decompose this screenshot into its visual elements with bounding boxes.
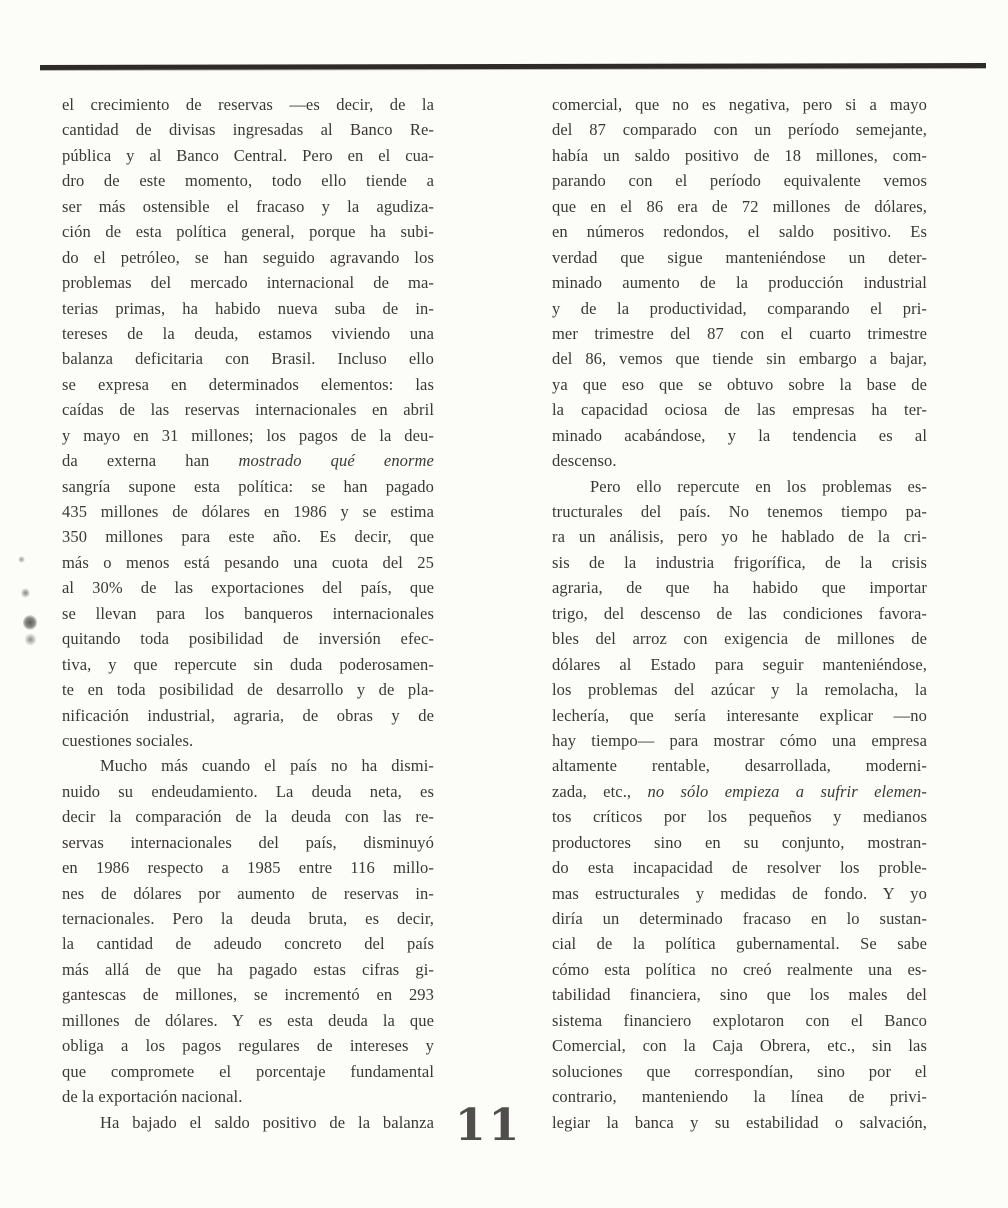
text-line: bles del arroz con exigencia de millones… bbox=[552, 626, 927, 651]
text-line: lechería, que sería interesante explicar… bbox=[552, 703, 927, 728]
text-line: minado aumento de la producción industri… bbox=[552, 270, 927, 295]
text-line: la capacidad ociosa de las empresas ha t… bbox=[552, 397, 927, 422]
text-line: mer trimestre del 87 con el cuarto trime… bbox=[552, 321, 927, 346]
top-horizontal-rule bbox=[40, 63, 986, 70]
text-line: que compromete el porcentaje fundamental bbox=[62, 1059, 434, 1084]
text-line: Ha bajado el saldo positivo de la balanz… bbox=[62, 1110, 434, 1135]
text-column-right: comercial, que no es negativa, pero si a… bbox=[552, 92, 927, 1135]
text-line: descenso. bbox=[552, 448, 927, 473]
text-line: decir la comparación de la deuda con las… bbox=[62, 804, 434, 829]
text-line: sis de la industria frigorífica, de la c… bbox=[552, 550, 927, 575]
text-line: y mayo en 31 millones; los pagos de la d… bbox=[62, 423, 434, 448]
text-line: da externa han mostrado qué enorme bbox=[62, 448, 434, 473]
text-line: verdad que sigue manteniéndose un deter- bbox=[552, 245, 927, 270]
text-line: comercial, que no es negativa, pero si a… bbox=[552, 92, 927, 117]
text-line: quitando toda posibilidad de inversión e… bbox=[62, 626, 434, 651]
text-line: parando con el período equivalente vemos bbox=[552, 168, 927, 193]
text-line: contrario, manteniendo la línea de privi… bbox=[552, 1084, 927, 1109]
text-line: la cantidad de adeudo concreto del país bbox=[62, 931, 434, 956]
text-line: caídas de las reservas internacionales e… bbox=[62, 397, 434, 422]
text-line: zada, etc., no sólo empieza a sufrir ele… bbox=[552, 779, 927, 804]
text-line: cantidad de divisas ingresadas al Banco … bbox=[62, 117, 434, 142]
text-line: de la exportación nacional. bbox=[62, 1084, 434, 1109]
text-line: cuestiones sociales. bbox=[62, 728, 434, 753]
text-column-left: el crecimiento de reservas —es decir, de… bbox=[62, 92, 434, 1135]
text-line: obliga a los pagos regulares de interese… bbox=[62, 1033, 434, 1058]
text-line: del 87 comparado con un período semejant… bbox=[552, 117, 927, 142]
text-line: soluciones que correspondían, sino por e… bbox=[552, 1059, 927, 1084]
text-line: nificación industrial, agraria, de obras… bbox=[62, 703, 434, 728]
text-line: que en el 86 era de 72 millones de dólar… bbox=[552, 194, 927, 219]
text-line: te en toda posibilidad de desarrollo y d… bbox=[62, 677, 434, 702]
ink-speck-icon bbox=[25, 633, 36, 646]
text-line: 350 millones para este año. Es decir, qu… bbox=[62, 524, 434, 549]
text-line: do el petróleo, se han seguido agravando… bbox=[62, 245, 434, 270]
ink-speck-icon bbox=[23, 615, 37, 630]
text-line: sangría supone esta política: se han pag… bbox=[62, 474, 434, 499]
text-line: mas estructurales y medidas de fondo. Y … bbox=[552, 881, 927, 906]
page-number: 11 bbox=[455, 1100, 515, 1151]
text-line: y de la productividad, comparando el pri… bbox=[552, 296, 927, 321]
text-line: pública y al Banco Central. Pero en el c… bbox=[62, 143, 434, 168]
text-line: tabilidad financiera, sino que los males… bbox=[552, 982, 927, 1007]
text-line: gantescas de millones, se incrementó en … bbox=[62, 982, 434, 1007]
text-line: dólares al Estado para seguir manteniénd… bbox=[552, 652, 927, 677]
text-line: se expresa en determinados elementos: la… bbox=[62, 372, 434, 397]
ink-speck-icon bbox=[21, 588, 30, 598]
text-line: ya que eso que se obtuvo sobre la base d… bbox=[552, 372, 927, 397]
text-line: legiar la banca y su estabilidad o salva… bbox=[552, 1110, 927, 1135]
text-line: hay tiempo— para mostrar cómo una empres… bbox=[552, 728, 927, 753]
text-line: altamente rentable, desarrollada, modern… bbox=[552, 753, 927, 778]
text-line: más o menos está pesando una cuota del 2… bbox=[62, 550, 434, 575]
text-line: tructurales del país. No tenemos tiempo … bbox=[552, 499, 927, 524]
scanned-book-page: el crecimiento de reservas —es decir, de… bbox=[0, 0, 1008, 1208]
text-line: terias primas, ha habido nueva suba de i… bbox=[62, 296, 434, 321]
text-line: tiva, y que repercute sin duda poderosam… bbox=[62, 652, 434, 677]
text-line: cómo esta política no creó realmente una… bbox=[552, 957, 927, 982]
text-line: tos críticos por los pequeños y medianos bbox=[552, 804, 927, 829]
text-line: en números redondos, el saldo positivo. … bbox=[552, 219, 927, 244]
ink-speck-icon bbox=[18, 556, 25, 563]
text-line: tereses de la deuda, estamos viviendo un… bbox=[62, 321, 434, 346]
text-line: productores sino en su conjunto, mostran… bbox=[552, 830, 927, 855]
text-line: los problemas del azúcar y la remolacha,… bbox=[552, 677, 927, 702]
text-line: había un saldo positivo de 18 millones, … bbox=[552, 143, 927, 168]
text-line: Pero ello repercute en los problemas es- bbox=[552, 474, 927, 499]
text-line: en 1986 respecto a 1985 entre 116 millo- bbox=[62, 855, 434, 880]
text-line: diría un determinado fracaso en lo susta… bbox=[552, 906, 927, 931]
text-line: Mucho más cuando el país no ha dismi- bbox=[62, 753, 434, 778]
text-line: do esta incapacidad de resolver los prob… bbox=[552, 855, 927, 880]
text-line: minado acabándose, y la tendencia es al bbox=[552, 423, 927, 448]
text-line: balanza deficitaria con Brasil. Incluso … bbox=[62, 346, 434, 371]
text-line: ser más ostensible el fracaso y la agudi… bbox=[62, 194, 434, 219]
text-line: ternacionales. Pero la deuda bruta, es d… bbox=[62, 906, 434, 931]
text-line: más allá de que ha pagado estas cifras g… bbox=[62, 957, 434, 982]
text-line: servas internacionales del país, disminu… bbox=[62, 830, 434, 855]
text-line: ra un análisis, pero yo he hablado de la… bbox=[552, 524, 927, 549]
text-line: agraria, de que ha habido que importar bbox=[552, 575, 927, 600]
text-line: dro de este momento, todo ello tiende a bbox=[62, 168, 434, 193]
text-line: nes de dólares por aumento de reservas i… bbox=[62, 881, 434, 906]
text-line: cial de la política gubernamental. Se sa… bbox=[552, 931, 927, 956]
text-line: trigo, del descenso de las condiciones f… bbox=[552, 601, 927, 626]
text-line: se llevan para los banqueros internacion… bbox=[62, 601, 434, 626]
text-line: problemas del mercado internacional de m… bbox=[62, 270, 434, 295]
text-line: del 86, vemos que tiende sin embargo a b… bbox=[552, 346, 927, 371]
text-line: millones de dólares. Y es esta deuda la … bbox=[62, 1008, 434, 1033]
text-line: sistema financiero explotaron con el Ban… bbox=[552, 1008, 927, 1033]
text-line: nuido su endeudamiento. La deuda neta, e… bbox=[62, 779, 434, 804]
text-line: al 30% de las exportaciones del país, qu… bbox=[62, 575, 434, 600]
text-line: ción de esta política general, porque ha… bbox=[62, 219, 434, 244]
text-line: el crecimiento de reservas —es decir, de… bbox=[62, 92, 434, 117]
text-line: Comercial, con la Caja Obrera, etc., sin… bbox=[552, 1033, 927, 1058]
text-line: 435 millones de dólares en 1986 y se est… bbox=[62, 499, 434, 524]
